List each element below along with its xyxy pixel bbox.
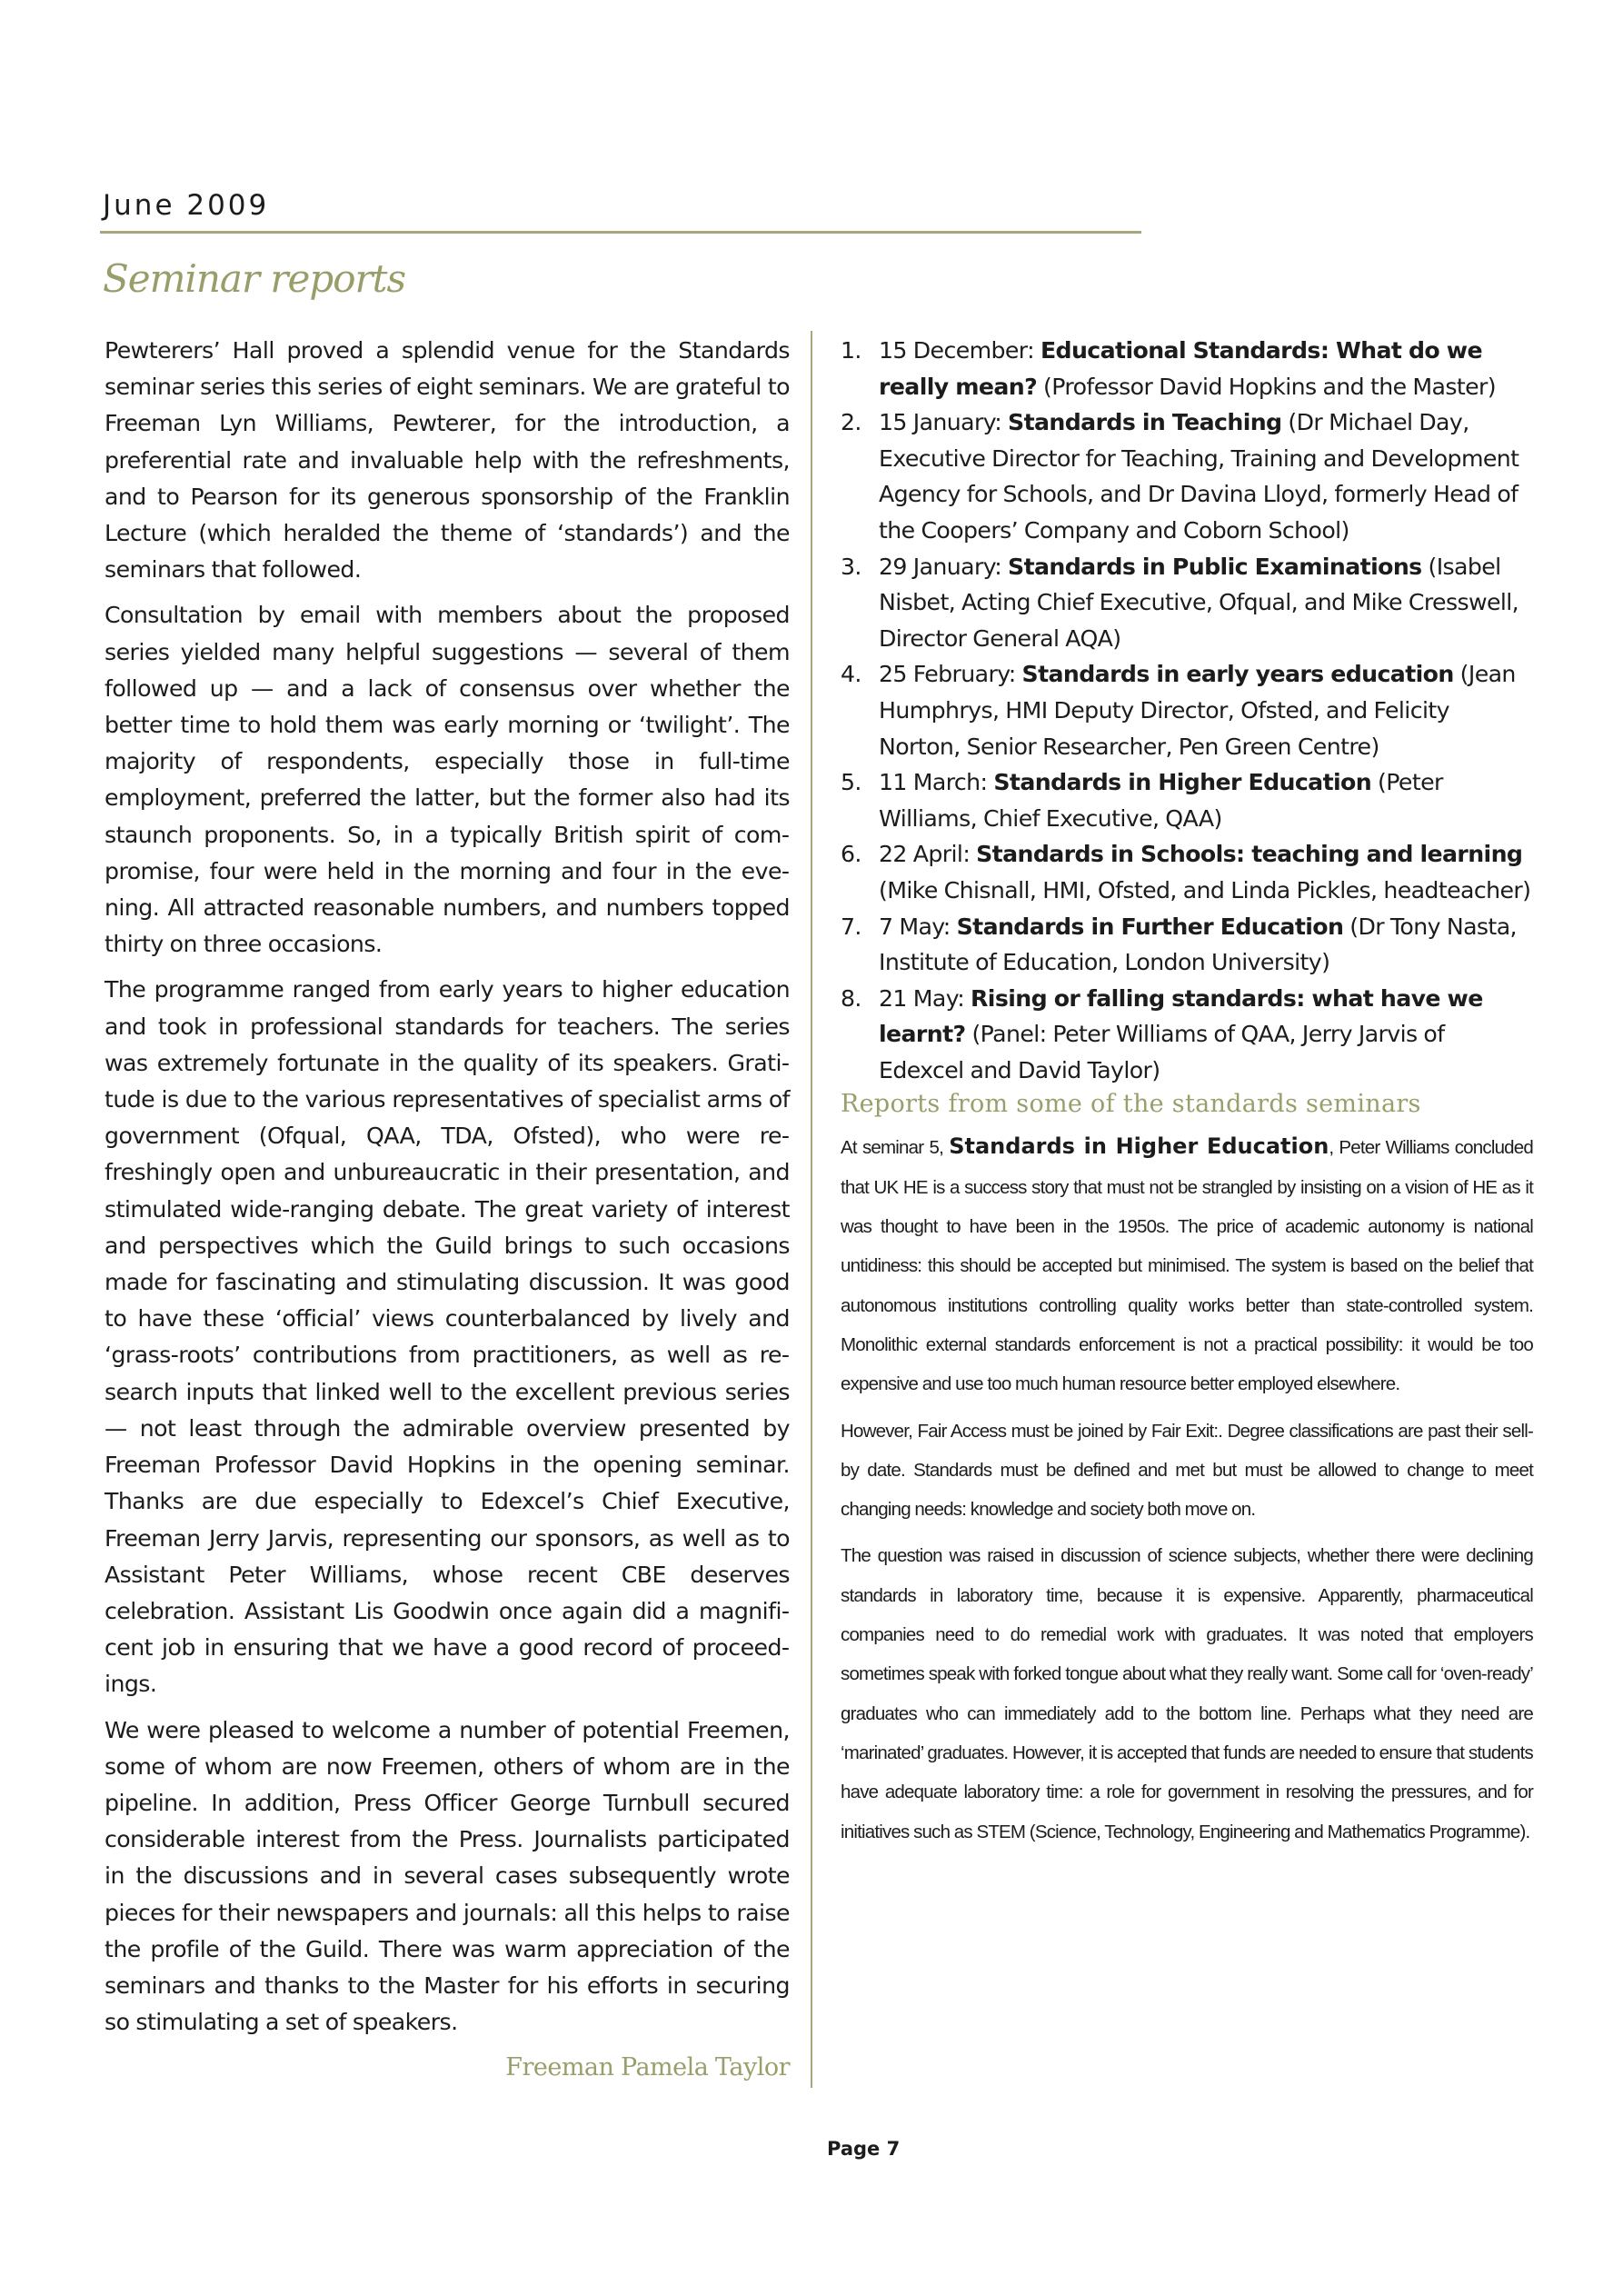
- seminar-item: 7.7 May: Standards in Further Education …: [841, 909, 1533, 981]
- report-intro-prefix: At seminar 5,: [841, 1137, 943, 1158]
- seminar-item: 1.15 December: Educational Standards: Wh…: [841, 333, 1533, 404]
- paragraph-programme: The programme ranged from early years to…: [105, 972, 790, 1702]
- seminar-date: 22 April:: [879, 841, 970, 867]
- seminar-number: 6.: [841, 836, 861, 873]
- seminar-number: 4.: [841, 656, 861, 693]
- seminar-list: 1.15 December: Educational Standards: Wh…: [841, 333, 1533, 1088]
- seminar-number: 2.: [841, 404, 861, 441]
- seminar-date: 15 December:: [879, 337, 1034, 364]
- paragraph-consultation: Consultation by email with members about…: [105, 597, 790, 963]
- seminar-date: 21 May:: [879, 985, 964, 1012]
- seminar-item: 2.15 January: Standards in Teaching (Dr …: [841, 404, 1533, 548]
- seminar-item: 5.11 March: Standards in Higher Educatio…: [841, 764, 1533, 836]
- seminar-number: 3.: [841, 549, 861, 585]
- report-intro-title: Standards in Higher Education: [949, 1133, 1329, 1159]
- seminar-number: 1.: [841, 333, 861, 369]
- seminar-item: 3.29 January: Standards in Public Examin…: [841, 549, 1533, 657]
- paragraph-venue: Pewterers’ Hall proved a splendid venue …: [105, 333, 790, 588]
- seminar-title: Standards in Higher Education: [993, 769, 1371, 795]
- left-column: Pewterers’ Hall proved a splendid venue …: [105, 333, 790, 2087]
- column-divider: [811, 331, 812, 2088]
- seminar-date: 25 February:: [879, 661, 1016, 687]
- header-rule: [100, 231, 1141, 234]
- report-paragraph-intro: At seminar 5, Standards in Higher Educat…: [841, 1127, 1533, 1403]
- seminar-number: 5.: [841, 764, 861, 801]
- seminar-title: Standards in Further Education: [957, 913, 1344, 940]
- paragraph-welcome: We were pleased to welcome a number of p…: [105, 1712, 790, 2041]
- seminar-title: Standards in early years education: [1022, 661, 1454, 687]
- issue-date: June 2009: [103, 189, 269, 222]
- reports-heading: Reports from some of the standards semin…: [841, 1090, 1533, 1118]
- report-paragraph-fair-exit: However, Fair Access must be joined by F…: [841, 1412, 1533, 1530]
- seminar-item: 4.25 February: Standards in early years …: [841, 656, 1533, 764]
- seminar-item: 8.21 May: Rising or falling standards: w…: [841, 981, 1533, 1089]
- report-intro-body: , Peter Williams concluded that UK HE is…: [841, 1137, 1533, 1394]
- seminar-title: Standards in Schools: teaching and learn…: [976, 841, 1522, 867]
- seminar-number: 8.: [841, 981, 861, 1017]
- seminar-speakers: (Mike Chisnall, HMI, Ofsted, and Linda P…: [879, 877, 1530, 903]
- section-title: Seminar reports: [103, 256, 405, 301]
- seminar-date: 7 May:: [879, 913, 951, 940]
- right-column: 1.15 December: Educational Standards: Wh…: [841, 333, 1533, 1859]
- seminar-item: 6.22 April: Standards in Schools: teachi…: [841, 836, 1533, 908]
- seminar-title: Standards in Public Examinations: [1008, 554, 1422, 580]
- signature: Freeman Pamela Taylor: [105, 2050, 790, 2086]
- seminar-date: 15 January:: [879, 409, 1001, 435]
- page-number: Page 7: [827, 2138, 900, 2160]
- seminar-title: Standards in Teaching: [1008, 409, 1281, 435]
- seminar-speakers: (Professor David Hopkins and the Master): [1043, 374, 1496, 400]
- seminar-number: 7.: [841, 909, 861, 945]
- report-paragraph-science: The question was raised in discussion of…: [841, 1536, 1533, 1851]
- seminar-date: 11 March:: [879, 769, 987, 795]
- seminar-date: 29 January:: [879, 554, 1001, 580]
